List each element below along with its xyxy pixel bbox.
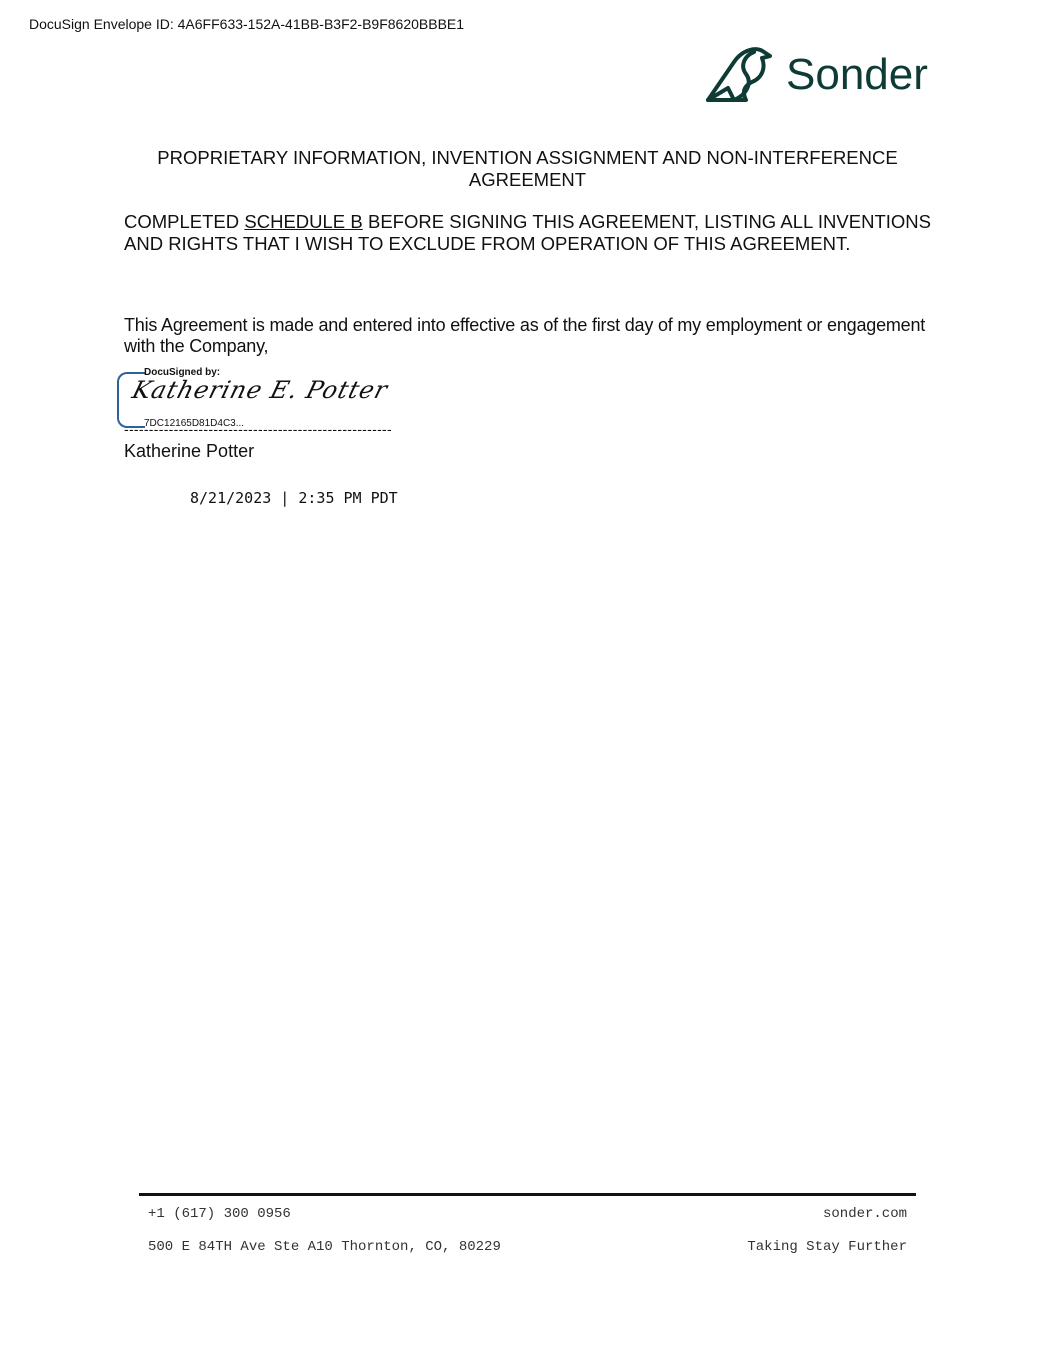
notice-prefix: COMPLETED [124, 211, 244, 232]
brand-logo: Sonder [704, 44, 928, 106]
handwritten-signature: Katherine E. Potter [129, 376, 391, 404]
signer-name: Katherine Potter [124, 441, 254, 462]
footer-address: 500 E 84TH Ave Ste A10 Thornton, CO, 802… [148, 1239, 501, 1255]
signature-line: ----------------------------------------… [124, 421, 392, 437]
schedule-b-link: SCHEDULE B [244, 211, 362, 232]
bird-logo-icon [704, 44, 774, 106]
footer-divider [139, 1193, 916, 1196]
envelope-id: DocuSign Envelope ID: 4A6FF633-152A-41BB… [29, 16, 464, 32]
footer-phone: +1 (617) 300 0956 [148, 1206, 291, 1222]
footer-website: sonder.com [823, 1206, 907, 1222]
schedule-notice: COMPLETED SCHEDULE B BEFORE SIGNING THIS… [124, 211, 931, 255]
document-title: PROPRIETARY INFORMATION, INVENTION ASSIG… [124, 147, 931, 191]
footer-tagline: Taking Stay Further [747, 1239, 907, 1255]
brand-wordmark: Sonder [786, 50, 928, 100]
signature-date: 8/21/2023 | 2:35 PM PDT [190, 489, 398, 507]
agreement-body: This Agreement is made and entered into … [124, 315, 931, 357]
